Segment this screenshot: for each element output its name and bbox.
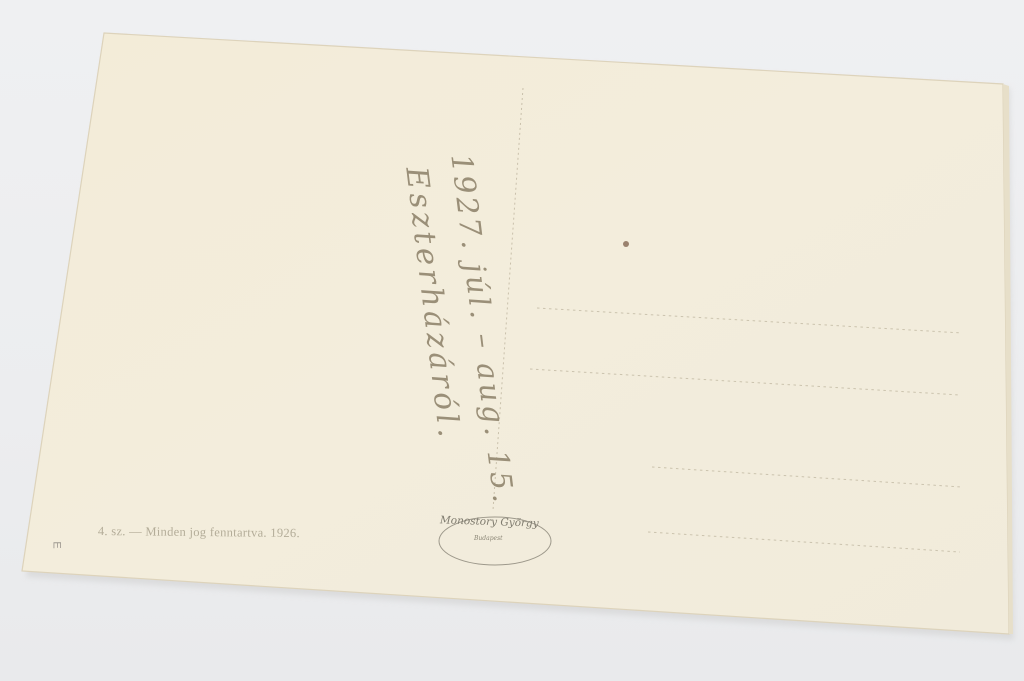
printed-imprint: 4. sz. — Minden jog fenntartva. 1926. — [98, 524, 300, 541]
postcard-shape — [0, 0, 1024, 681]
publisher-stamp-city: Budapest — [474, 535, 503, 542]
postcard: 4. sz. — Minden jog fenntartva. 1926. Mo… — [0, 0, 1024, 681]
photo-scene: 4. sz. — Minden jog fenntartva. 1926. Mo… — [0, 0, 1024, 681]
edge-mark: E — [51, 541, 63, 548]
